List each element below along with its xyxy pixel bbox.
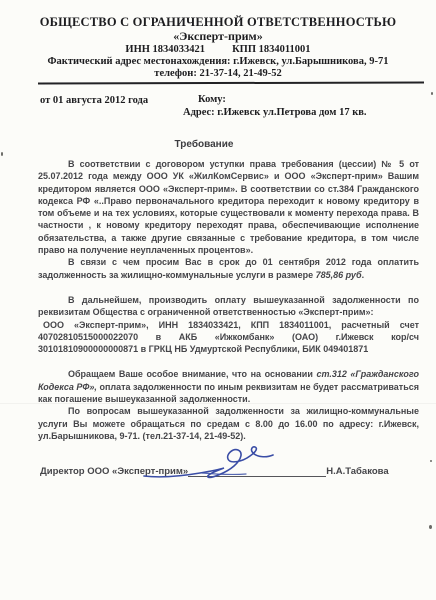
paragraph-demand: В связи с чем просим Вас в срок до 01 се… [38,256,419,281]
scan-speck [431,92,433,95]
scan-crease [0,403,436,404]
paragraph-further-payment: В дальнейшем, производить оплату вышеука… [38,294,419,319]
attention-lead: Обращаем Ваше особое внимание, что на ос… [68,369,316,379]
org-inn: ИНН 1834033421 [125,44,205,55]
letter-title: Требование [0,139,422,150]
scan-speck [429,525,432,529]
paragraph-contact-hours: По вопросам вышеуказанной задолженности … [38,405,419,442]
header-rule [38,81,424,84]
debt-amount: 785,86 руб [316,270,362,280]
paragraph-bank-requisites: ООО «Эксперт-прим», ИНН 1834033421, КПП … [38,319,419,356]
scanned-letter-page: ОБЩЕСТВО С ОГРАНИЧЕННОЙ ОТВЕТСТВЕННОСТЬЮ… [0,0,436,600]
org-phone: телефон: 21-37-14, 21-49-52 [0,68,436,80]
meta-block: от 01 августа 2012 года Кому: Адрес: г.И… [0,93,436,129]
scan-speck [1,152,3,156]
demand-tail: . [362,270,365,280]
signer-role: Директор ООО «Эксперт-прим» [40,466,188,477]
org-codes: ИНН 1834033421КПП 1834011001 [0,44,436,56]
signature-row: Директор ООО «Эксперт-прим»Н.А.Табакова [40,466,419,477]
recipient-label: Кому: [183,93,367,106]
signature-ink [142,440,292,486]
recipient-block: Кому: Адрес: г.Ижевск ул.Петрова дом 17 … [183,93,367,119]
org-kpp: КПП 1834011001 [232,44,311,55]
letter-body: В соответствии с договором уступки права… [38,158,419,442]
signature-line [188,469,326,477]
paragraph-cession: В соответствии с договором уступки права… [38,158,419,256]
org-type: ОБЩЕСТВО С ОГРАНИЧЕННОЙ ОТВЕТСТВЕННОСТЬЮ [0,15,436,29]
recipient-address: Адрес: г.Ижевск ул.Петрова дом 17 кв. [183,106,367,119]
letterhead: ОБЩЕСТВО С ОГРАНИЧЕННОЙ ОТВЕТСТВЕННОСТЬЮ… [0,0,436,79]
paragraph-attention: Обращаем Ваше особое внимание, что на ос… [38,368,419,405]
org-name: «Эксперт-прим» [0,30,436,43]
scan-speck [430,460,432,462]
org-address: Фактический адрес местонахождения: г.Иже… [0,56,436,68]
scan-smudge [150,418,240,422]
letter-date: от 01 августа 2012 года [40,95,148,106]
signer-name: Н.А.Табакова [326,466,388,477]
